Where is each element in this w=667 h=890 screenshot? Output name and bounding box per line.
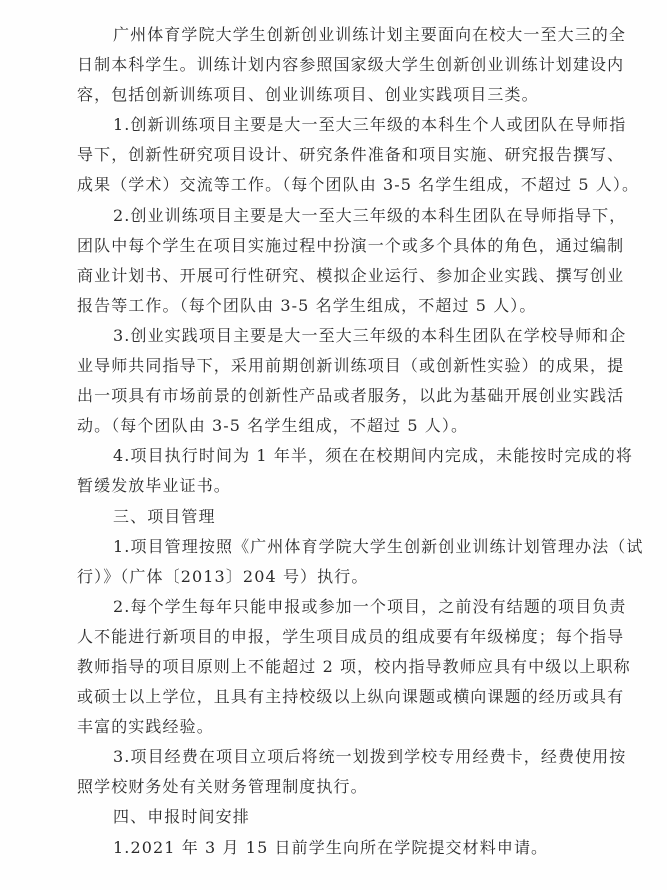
paragraph-item-3-entrepreneurship-practice: 3.创业实践项目主要是大一至大三年级的本科生团队在学校导师和企 业导师共同指导下…	[77, 321, 617, 441]
text-line: 4.项目执行时间为 1 年半，须在在校期间内完成，未能按时完成的将	[77, 441, 617, 471]
text-line: 3.项目经费在项目立项后将统一划拨到学校专用经费卡，经费使用按	[77, 742, 617, 772]
text-line: 团队中每个学生在项目实施过程中扮演一个或多个具体的角色，通过编制	[77, 231, 617, 261]
paragraph-mgmt-3: 3.项目经费在项目立项后将统一划拨到学校专用经费卡，经费使用按 照学校财务处有关…	[77, 742, 617, 802]
text-line: 动。（每个团队由 3-5 名学生组成，不超过 5 人）。	[77, 411, 617, 441]
paragraph-item-4-duration: 4.项目执行时间为 1 年半，须在在校期间内完成，未能按时完成的将 暂缓发放毕业…	[77, 441, 617, 501]
text-line: 导下，创新性研究项目设计、研究条件准备和项目实施、研究报告撰写、	[77, 140, 617, 170]
paragraph-intro: 广州体育学院大学生创新创业训练计划主要面向在校大一至大三的全 日制本科学生。训练…	[77, 20, 617, 110]
text-line: 人不能进行新项目的申报，学生项目成员的组成要有年级梯度；每个指导	[77, 622, 617, 652]
text-line: 1.项目管理按照《广州体育学院大学生创新创业训练计划管理办法（试	[77, 532, 617, 562]
section-heading: 三、项目管理	[77, 502, 617, 532]
document-page: 广州体育学院大学生创新创业训练计划主要面向在校大一至大三的全 日制本科学生。训练…	[0, 0, 667, 890]
section-heading-project-management: 三、项目管理	[77, 502, 617, 532]
text-line: 或硕士以上学位，且具有主持校级以上纵向课题或横向课题的经历或具有	[77, 682, 617, 712]
text-line: 日制本科学生。训练计划内容参照国家级大学生创新创业训练计划建设内	[77, 50, 617, 80]
paragraph-mgmt-2: 2.每个学生每年只能申报或参加一个项目，之前没有结题的项目负责 人不能进行新项目…	[77, 592, 617, 742]
text-line: 照学校财务处有关财务管理制度执行。	[77, 772, 617, 802]
paragraph-mgmt-1: 1.项目管理按照《广州体育学院大学生创新创业训练计划管理办法（试 行）》（广体〔…	[77, 532, 617, 592]
document-body: 广州体育学院大学生创新创业训练计划主要面向在校大一至大三的全 日制本科学生。训练…	[77, 20, 617, 863]
text-line: 出一项具有市场前景的创新性产品或者服务，以此为基础开展创业实践活	[77, 381, 617, 411]
text-line: 商业计划书、开展可行性研究、模拟企业运行、参加企业实践、撰写创业	[77, 261, 617, 291]
text-line: 行）》（广体〔2013〕204 号）执行。	[77, 562, 617, 592]
text-line: 1.2021 年 3 月 15 日前学生向所在学院提交材料申请。	[77, 833, 617, 863]
text-line: 教师指导的项目原则上不能超过 2 项，校内指导教师应具有中级以上职称	[77, 652, 617, 682]
text-line: 3.创业实践项目主要是大一至大三年级的本科生团队在学校导师和企	[77, 321, 617, 351]
section-heading-schedule: 四、申报时间安排	[77, 802, 617, 832]
text-line: 报告等工作。（每个团队由 3-5 名学生组成，不超过 5 人）。	[77, 291, 617, 321]
paragraph-item-2-entrepreneurship-training: 2.创业训练项目主要是大一至大三年级的本科生团队在导师指导下， 团队中每个学生在…	[77, 201, 617, 321]
paragraph-schedule-1: 1.2021 年 3 月 15 日前学生向所在学院提交材料申请。	[77, 833, 617, 863]
text-line: 1.创新训练项目主要是大一至大三年级的本科生个人或团队在导师指	[77, 110, 617, 140]
text-line: 成果（学术）交流等工作。（每个团队由 3-5 名学生组成，不超过 5 人）。	[77, 170, 617, 200]
text-line: 容，包括创新训练项目、创业训练项目、创业实践项目三类。	[77, 80, 617, 110]
text-line: 暂缓发放毕业证书。	[77, 471, 617, 501]
paragraph-item-1-innovation: 1.创新训练项目主要是大一至大三年级的本科生个人或团队在导师指 导下，创新性研究…	[77, 110, 617, 200]
text-line: 2.每个学生每年只能申报或参加一个项目，之前没有结题的项目负责	[77, 592, 617, 622]
text-line: 业导师共同指导下，采用前期创新训练项目（或创新性实验）的成果，提	[77, 351, 617, 381]
text-line: 丰富的实践经验。	[77, 712, 617, 742]
section-heading: 四、申报时间安排	[77, 802, 617, 832]
text-line: 广州体育学院大学生创新创业训练计划主要面向在校大一至大三的全	[77, 20, 617, 50]
text-line: 2.创业训练项目主要是大一至大三年级的本科生团队在导师指导下，	[77, 201, 617, 231]
